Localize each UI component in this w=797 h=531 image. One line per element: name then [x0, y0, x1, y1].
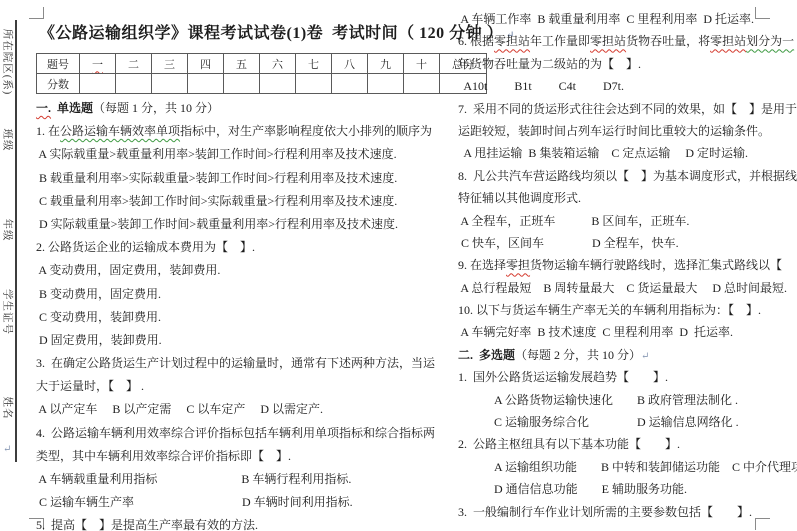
- text-line: A 车辆工作率 B 载重量利用率 C 里程利用率 D 托运率.: [458, 8, 797, 30]
- score-table-cell: [116, 74, 152, 94]
- text-segment: 分数: [47, 79, 69, 91]
- text-segment: 题号: [47, 59, 69, 71]
- text-segment: 运距较短，装卸时间占列车运行时间比重较大的运输条件。: [458, 124, 770, 138]
- text-line: A 甩挂运输 B 集装箱运输 C 定点运输 D 定时运输.: [458, 142, 797, 164]
- score-table-cell: [80, 74, 116, 94]
- score-table-cell: [260, 74, 296, 94]
- text-segment: 8. 凡公共汽车营运路线均须以【 】为基本调度形式，并根据线: [458, 169, 797, 183]
- text-line: A 总行程最短 B 周转量最大 C 货运量最大 D 总时间最短.: [458, 277, 797, 299]
- paragraph-mark-icon: ↵: [3, 444, 11, 455]
- text-line: C 载重量利用率>装卸工作时间>实际载重量>行程利用率及技术速度.: [36, 190, 435, 213]
- text-segment: 2. 公路主枢纽具有以下基本功能【 】.: [458, 437, 680, 451]
- text-line: 年货物吞吐量为二级站的为【 】.: [458, 53, 797, 75]
- text-segment: 9. 在选择: [458, 258, 506, 272]
- text-segment: 零担站: [710, 34, 746, 48]
- text-line: A 运输组织功能 B 中转和装卸储运功能 C 中介代理功: [458, 456, 797, 478]
- text-line: 4. 公路运输车辆利用效率综合评价指标包括车辆利用单项指标和综合指标两种: [36, 422, 435, 445]
- text-segment: A 运输组织功能 B 中转和装卸储运功能 C 中介代理功: [458, 460, 797, 474]
- seal-margin-label: 所在院区(系): [1, 29, 16, 96]
- seal-margin-label: 姓名: [1, 397, 16, 420]
- score-table-cell: [152, 74, 188, 94]
- text-line: A 全程车，正班车 B 区间车，正班车.: [458, 210, 797, 232]
- text-line: 9. 在选择零担货物运输车辆行驶路线时，选择汇集式路线以【: [458, 254, 797, 276]
- text-segment: 5. 提高【 】是提高生产率最有效的方法.: [36, 518, 258, 531]
- text-segment: C 快车，区间车 D 全程车，快车.: [458, 236, 679, 250]
- text-segment: 1. 在: [36, 124, 60, 138]
- text-segment: 三: [164, 59, 175, 71]
- left-text-column: 一. 单选题（每题 1 分，共 10 分）1. 在公路运输车辆效率单项指标中，对…: [36, 97, 435, 531]
- text-segment: 2. 公路货运企业的运输成本费用为【 】.: [36, 240, 255, 254]
- score-table-header-row: 题号一二三四五六七八九十总分: [37, 54, 487, 74]
- paragraph-mark-icon: ↵: [641, 351, 649, 362]
- text-line: 3. 在确定公路货运生产计划过程中的运输量时，通常有下述两种方法，当运力: [36, 352, 435, 375]
- score-table: 题号一二三四五六七八九十总分分数: [36, 53, 487, 94]
- seal-margin-label: 学生证号: [1, 289, 16, 335]
- score-table-cell: 二: [116, 54, 152, 74]
- score-table-cell: 九: [368, 54, 404, 74]
- text-segment: 零担站: [494, 34, 530, 48]
- text-line: 7. 采用不同的货运形式往往会达到不同的效果，如【 】是用于: [458, 98, 797, 120]
- text-segment: D 实际载重量>装卸工作时间>载重量利用率>行程利用率及技术速度.: [36, 217, 398, 231]
- text-segment: 特征辅以其他调度形式.: [458, 191, 581, 205]
- text-segment: 3. 在确定公路货运生产计划过程中的运输量时，通常有下述两种方法，当运力: [36, 356, 435, 370]
- text-segment: 《公路运输组织学》课程考试试卷(1)卷 考试时间（ 120 分钟 ）: [39, 25, 503, 42]
- text-segment: C 运输服务综合化 D 运输信息网络化 .: [458, 415, 739, 429]
- text-line: 1. 国外公路货运运输发展趋势【 】.: [458, 366, 797, 388]
- text-segment: A 实际载重量>载重量利用率>装卸工作时间>行程利用率及技术速度.: [36, 147, 397, 161]
- text-segment: 四: [200, 59, 211, 71]
- score-table-cell: [296, 74, 332, 94]
- text-segment: （每题 1 分，共 10 分）: [93, 101, 219, 115]
- text-line: A 以产定车 B 以产定需 C 以车定产 D 以需定产.: [36, 398, 435, 421]
- text-segment: 五: [236, 59, 247, 71]
- score-table-cell: 一: [80, 54, 116, 74]
- text-segment: 单选题: [57, 101, 93, 115]
- text-line: 一. 单选题（每题 1 分，共 10 分）: [36, 97, 435, 120]
- text-segment: 九: [380, 59, 391, 71]
- text-segment: 一.: [36, 101, 51, 115]
- text-line: A 车辆完好率 B 技术速度 C 里程利用率 D 托运率.: [458, 321, 797, 343]
- score-table-cell: [224, 74, 260, 94]
- text-segment: 6. 根据: [458, 34, 494, 48]
- text-segment: 零担: [506, 258, 530, 272]
- score-table-cell: 七: [296, 54, 332, 74]
- text-segment: 1. 国外公路货运运输发展趋势【 】.: [458, 370, 668, 384]
- text-segment: 六: [272, 59, 283, 71]
- text-segment: B 变动费用，固定费用.: [36, 287, 161, 301]
- score-table-cell: [188, 74, 224, 94]
- text-line: 大于运量时，【 】 .: [36, 375, 435, 398]
- score-table-cell: 五: [224, 54, 260, 74]
- text-segment: 3. 一般编制行车作业计划所需的主要参数包括【 】.: [458, 505, 752, 519]
- text-segment: 零担站: [590, 34, 626, 48]
- text-line: 2. 公路货运企业的运输成本费用为【 】.: [36, 236, 435, 259]
- text-segment: 十: [416, 59, 427, 71]
- text-line: 2. 公路主枢纽具有以下基本功能【 】.: [458, 433, 797, 455]
- text-line: 5. 提高【 】是提高生产率最有效的方法.: [36, 514, 435, 531]
- text-segment: A 甩挂运输 B 集装箱运输 C 定点运输 D 定时运输.: [458, 146, 748, 160]
- score-table-cell: [404, 74, 440, 94]
- text-segment: 一: [92, 59, 103, 71]
- text-segment: 年工作量即: [530, 34, 590, 48]
- score-table-cell: [332, 74, 368, 94]
- text-line: 二. 多选题（每题 2 分，共 10 分）↵: [458, 344, 797, 366]
- text-segment: 类型，其中车辆利用效率综合评价指标即【 】.: [36, 449, 291, 463]
- text-segment: 公路运输车辆效率单项: [60, 124, 180, 138]
- text-segment: A 车辆完好率 B 技术速度 C 里程利用率 D 托运率.: [458, 325, 733, 339]
- text-line: A 公路货物运输快速化 B 政府管理法制化 .: [458, 389, 797, 411]
- text-line: B 载重量利用率>实际载重量>装卸工作时间>行程利用率及技术速度.: [36, 167, 435, 190]
- text-segment: 七: [308, 59, 319, 71]
- text-segment: A 以产定车 B 以产定需 C 以车定产 D 以需定产.: [36, 402, 323, 416]
- text-segment: A 车辆载重量利用指标 B 车辆行程利用指标.: [36, 472, 351, 486]
- text-line: 6. 根据零担站年工作量即零担站货物吞吐量，将零担站划分为一: [458, 30, 797, 52]
- text-line: 特征辅以其他调度形式.: [458, 187, 797, 209]
- text-segment: 10. 以下与货运车辆生产率无关的车辆利用指标为：【 】.: [458, 303, 761, 317]
- page-title: 《公路运输组织学》课程考试试卷(1)卷 考试时间（ 120 分钟 ） ↵: [39, 20, 515, 43]
- score-table-score-row: 分数: [37, 74, 487, 94]
- text-segment: 4. 公路运输车辆利用效率综合评价指标包括车辆利用单项指标和综合指标两种: [36, 426, 435, 440]
- text-segment: 货物运输车辆行驶路线时，选择汇集式路线以【: [530, 258, 782, 272]
- text-segment: 二.: [458, 348, 473, 362]
- text-line: C 快车，区间车 D 全程车，快车.: [458, 232, 797, 254]
- text-line: 10. 以下与货运车辆生产率无关的车辆利用指标为：【 】.: [458, 299, 797, 321]
- seal-margin-label: 年级: [1, 219, 16, 242]
- text-segment: C 变动费用，装卸费用.: [36, 310, 161, 324]
- text-segment: 7. 采用不同的货运形式往往会达到不同的效果，如【 】是用于: [458, 102, 797, 116]
- text-line: C 运输车辆生产率 D 车辆时间利用指标.: [36, 491, 435, 514]
- text-line: B 变动费用，固定费用.: [36, 283, 435, 306]
- text-line: A 变动费用，固定费用，装卸费用.: [36, 259, 435, 282]
- text-segment: B 载重量利用率>实际载重量>装卸工作时间>行程利用率及技术速度.: [36, 171, 397, 185]
- score-table-cell: 六: [260, 54, 296, 74]
- text-segment: A 总行程最短 B 周转量最大 C 货运量最大 D 总时间最短.: [458, 281, 787, 295]
- exam-paper-page: 所在院区(系)班级年级学生证号姓名 ↵ 《公路运输组织学》课程考试试卷(1)卷 …: [0, 0, 797, 531]
- text-line: D 实际载重量>装卸工作时间>载重量利用率>行程利用率及技术速度.: [36, 213, 435, 236]
- text-segment: 指标中，对生产率影响程度依大小排列的顺序为【 】: [180, 124, 435, 138]
- crop-mark-top-left-icon: [29, 7, 44, 19]
- score-table-cell: 分数: [37, 74, 80, 94]
- text-segment: 划分为一: [746, 34, 794, 48]
- text-line: 3. 一般编制行车作业计划所需的主要参数包括【 】.: [458, 501, 797, 523]
- score-table-cell: [368, 74, 404, 94]
- score-table-cell: 四: [188, 54, 224, 74]
- text-line: C 运输服务综合化 D 运输信息网络化 .: [458, 411, 797, 433]
- score-table-cell: 八: [332, 54, 368, 74]
- right-text-column: A 车辆工作率 B 载重量利用率 C 里程利用率 D 托运率.6. 根据零担站年…: [458, 8, 797, 531]
- text-segment: A 公路货物运输快速化 B 政府管理法制化 .: [458, 393, 738, 407]
- text-segment: 八: [344, 59, 355, 71]
- text-segment: 多选题: [479, 348, 515, 362]
- text-line: A 实际载重量>载重量利用率>装卸工作时间>行程利用率及技术速度.: [36, 143, 435, 166]
- text-segment: 年货物吞吐量为二级站的为【 】.: [458, 57, 641, 71]
- text-segment: （每题 2 分，共 10 分）: [515, 348, 641, 362]
- score-table-cell: 题号: [37, 54, 80, 74]
- text-line: C 变动费用，装卸费用.: [36, 306, 435, 329]
- text-line: 运距较短，装卸时间占列车运行时间比重较大的运输条件。: [458, 120, 797, 142]
- score-table-cell: 三: [152, 54, 188, 74]
- text-line: A 车辆载重量利用指标 B 车辆行程利用指标.: [36, 468, 435, 491]
- seal-margin-label: 班级: [1, 129, 16, 152]
- text-segment: A 全程车，正班车 B 区间车，正班车.: [458, 214, 689, 228]
- text-segment: A 变动费用，固定费用，装卸费用.: [36, 263, 220, 277]
- text-segment: C 运输车辆生产率 D 车辆时间利用指标.: [36, 495, 353, 509]
- text-segment: C 载重量利用率>装卸工作时间>实际载重量>行程利用率及技术速度.: [36, 194, 397, 208]
- text-line: 8. 凡公共汽车营运路线均须以【 】为基本调度形式，并根据线: [458, 165, 797, 187]
- text-segment: A 车辆工作率 B 载重量利用率 C 里程利用率 D 托运率.: [458, 12, 754, 26]
- text-line: 类型，其中车辆利用效率综合评价指标即【 】.: [36, 445, 435, 468]
- text-line: A10t B1t C4t D7t.: [458, 75, 797, 97]
- text-line: D 固定费用，装卸费用.: [36, 329, 435, 352]
- text-segment: 货物吞吐量，将: [626, 34, 710, 48]
- text-segment: 二: [128, 59, 139, 71]
- text-line: 1. 在公路运输车辆效率单项指标中，对生产率影响程度依大小排列的顺序为【 】: [36, 120, 435, 143]
- text-line: D 通信信息功能 E 辅助服务功能.: [458, 478, 797, 500]
- text-segment: D 通信信息功能 E 辅助服务功能.: [458, 482, 687, 496]
- text-segment: A10t B1t C4t D7t.: [458, 79, 624, 93]
- score-table-cell: 十: [404, 54, 440, 74]
- text-segment: 大于运量时，【 】 .: [36, 379, 144, 393]
- text-segment: D 固定费用，装卸费用.: [36, 333, 162, 347]
